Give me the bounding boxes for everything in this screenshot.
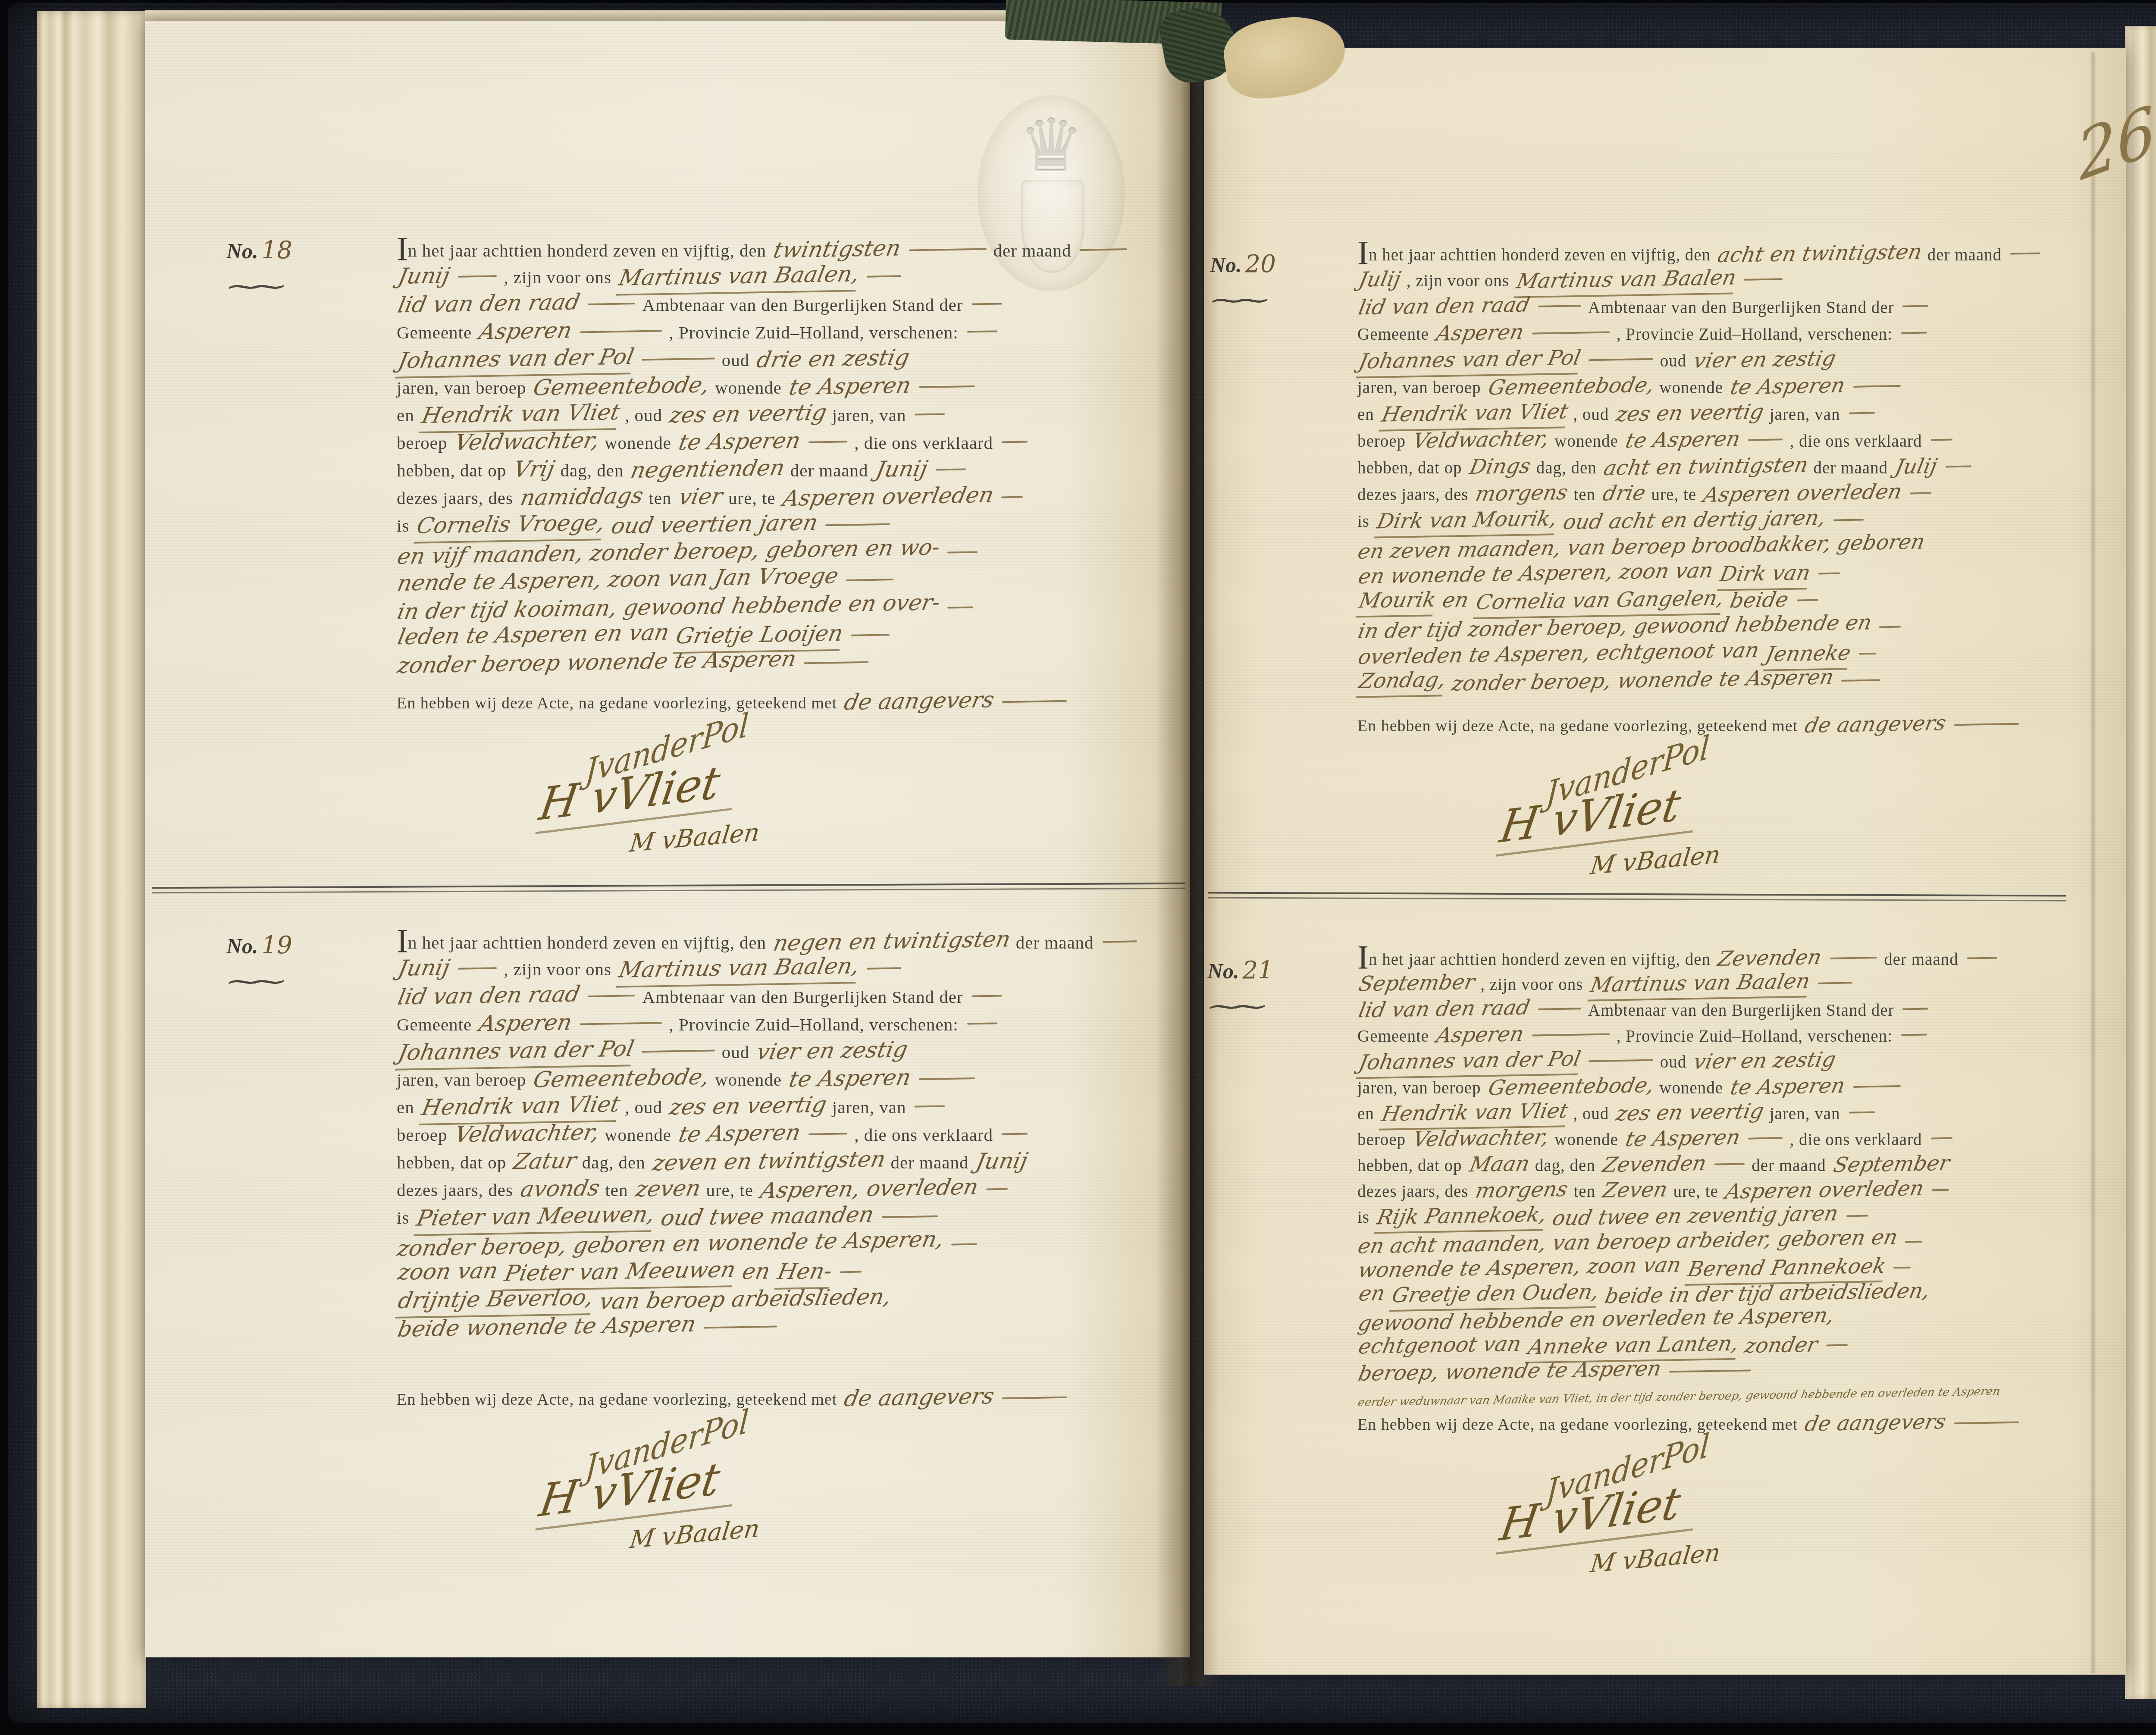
handwritten-text: en (1357, 1280, 1387, 1306)
ink-dash (1930, 1137, 1952, 1140)
printed-text: beroep (397, 433, 448, 453)
act-line: Junij, zijn voor onsMartinus van Baalen, (397, 263, 1216, 290)
handwritten-text: lid van den raad (395, 288, 582, 319)
ink-dash (1103, 940, 1137, 943)
handwritten-text: de aangevers (842, 686, 997, 717)
act-line: GemeenteAsperen, Provincie Zuid–Holland,… (1357, 319, 2090, 346)
printed-no-label: No. (226, 239, 258, 263)
handwritten-text: acht en twintigsten (1601, 451, 1811, 482)
signature-row: H vVliet (397, 1463, 1216, 1518)
handwritten-text: Gemeentebode, (1486, 1072, 1656, 1101)
printed-text: der maand (1927, 246, 2002, 264)
printed-text: ure, te (706, 1180, 753, 1200)
handwritten-text: te Asperen (787, 1064, 913, 1094)
printed-initial: I (397, 230, 408, 267)
act-line: In het jaar achttien honderd zeven en vi… (397, 927, 1216, 955)
act-line: In het jaar achttien honderd zeven en vi… (397, 235, 1216, 263)
printed-text: n het jaar achttien honderd zeven en vij… (1369, 950, 1711, 969)
printed-text: is (1357, 512, 1369, 531)
signature-row: H vVliet (397, 766, 1216, 821)
handwritten-text: Veldwachter, (452, 427, 602, 457)
handwritten-act-number: 18 (262, 236, 292, 264)
signatures-block: JvanderPolH vVlietM vBaalen (397, 1426, 1216, 1548)
act-line: drijntje Beverloo,van beroep arbeidslied… (397, 1286, 1216, 1313)
printed-text: Gemeente (1357, 325, 1429, 344)
handwritten-text: te Asperen (1623, 1124, 1742, 1152)
handwritten-text: te Asperen (676, 1119, 803, 1149)
handwritten-text: zonder beroep wonende te Asperen (395, 645, 799, 680)
printed-text: Ambtenaar van den Burgerlijken Stand der (642, 987, 963, 1007)
handwritten-text: en wonende te Asperen, zoon van (1356, 557, 1715, 590)
closing-line: En hebben wij deze Acte, na gedane voorl… (397, 688, 1216, 715)
printed-text: n het jaar achttien honderd zeven en vij… (408, 933, 766, 952)
act-line: enHendrik van Vliet, oudzes en veertigja… (397, 401, 1216, 428)
closing-line: En hebben wij deze Acte, na gedane voorl… (1357, 1410, 2090, 1436)
death-act-19: In het jaar achttien honderd zeven en vi… (397, 927, 1216, 1548)
printed-text: dag, den (582, 1152, 646, 1172)
ink-dash (867, 275, 901, 277)
act-line: isDirk van Mourik,oud acht en dertig jar… (1357, 507, 2090, 533)
handwritten-text: Asperen (477, 1009, 574, 1038)
printed-text: jaren, van beroep (1357, 379, 1481, 397)
ink-dash (1532, 1033, 1610, 1036)
ink-dash (1853, 385, 1901, 388)
ink-dash (580, 1022, 662, 1025)
act-line: Johannes van der Poloudvier en zestig (1357, 1048, 2090, 1074)
printed-text: wonende (605, 1125, 671, 1145)
signature-row: H vVliet (1357, 789, 2090, 844)
crown-icon: ♛ (978, 103, 1125, 189)
act-line: enHendrik van Vliet, oudzes en veertigja… (1357, 400, 2090, 426)
handwritten-underlined: Mourik (1356, 586, 1438, 617)
printed-text: ure, te (728, 488, 775, 508)
handwritten-text: Asperen (1434, 1021, 1526, 1048)
act-line: Julij, zijn voor onsMartinus van Baalen (1357, 266, 2090, 293)
ink-dash (458, 275, 497, 278)
handwritten-text: zes en veertig (1614, 398, 1767, 428)
printed-text: ten (649, 488, 671, 508)
act-line: dezes jaars, desnamiddagstenvierure, teA… (397, 483, 1216, 511)
printed-text: Gemeente (1357, 1027, 1429, 1046)
handwritten-text: Zevenden (1601, 1150, 1709, 1178)
printed-text: der maand (1814, 459, 1888, 477)
printed-text: en (1357, 1105, 1374, 1123)
handwritten-text: negentienden (629, 454, 787, 485)
act-line: beroepVeldwachter,wonendete Asperen, die… (397, 1120, 1216, 1148)
handwritten-text: September (1357, 969, 1477, 997)
signatures-block: JvanderPolH vVlietM vBaalen (1357, 1450, 2090, 1572)
printed-text: der maand (993, 241, 1072, 260)
printed-text: , oud (625, 405, 662, 425)
handwritten-text: drie en zestig (754, 344, 912, 374)
printed-text: , die ons verklaard (1789, 432, 1922, 451)
act-line: beroepVeldwachter,wonendete Asperen, die… (397, 428, 1216, 456)
ink-dash (936, 468, 966, 470)
ink-dash (1714, 1163, 1745, 1165)
ink-dash (1002, 441, 1028, 443)
signature-row: JvanderPol (397, 1426, 1216, 1463)
handwritten-text: Maan (1467, 1151, 1531, 1178)
handwritten-text: te Asperen (1623, 426, 1742, 454)
ink-dash (915, 1105, 945, 1107)
act-line: Johannes van der Polouddrie en zestig (397, 345, 1216, 373)
printed-text: jaren, van (832, 405, 906, 425)
handwritten-text: zonder (1742, 1332, 1820, 1359)
handwritten-underlined: Zondag, (1356, 666, 1448, 698)
printed-text: dezes jaars, des (397, 1180, 513, 1200)
ink-dash (808, 441, 847, 443)
printed-text: jaren, van (832, 1097, 906, 1117)
ink-dash (1858, 653, 1876, 655)
act-line: enHendrik van Vliet, oudzes en veertigja… (397, 1093, 1216, 1120)
handwritten-text: beide (1728, 586, 1791, 614)
handwritten-text: vier en zestig (1692, 1046, 1838, 1075)
printed-text: , oud (1573, 1105, 1609, 1123)
ink-dash (1910, 492, 1931, 495)
ink-dash (947, 551, 978, 553)
printed-text: is (397, 516, 409, 536)
act-line: hebben, dat opVrijdag, dennegentiendende… (397, 456, 1216, 483)
ink-dash (1901, 1033, 1927, 1036)
death-act-20: In het jaar achttien honderd zeven en vi… (1357, 239, 2090, 874)
register-book-scan: ♛ 26. In het jaar achttien honderd zeven… (0, 0, 2156, 1735)
handwritten-text: te Asperen (1728, 1073, 1847, 1101)
handwritten-text: Zatur (511, 1147, 579, 1176)
act-line: MourikenCornelia van Gangelen,beide (1357, 587, 2090, 614)
act-line: lid van den raadAmbtenaar van den Burger… (1357, 996, 2090, 1022)
handwritten-text: acht en twintigsten (1715, 238, 1924, 269)
handwritten-text: Veldwachter, (452, 1119, 602, 1149)
printed-text: , die ons verklaard (854, 433, 993, 453)
handwritten-text: Junij (974, 1147, 1030, 1176)
handwritten-act-number: 21 (1243, 956, 1273, 984)
printed-text: dezes jaars, des (1357, 485, 1468, 504)
handwritten-text: Gemeentebode, (1486, 372, 1656, 401)
printed-text: dag, den (561, 460, 624, 480)
printed-text: jaren, van beroep (1357, 1079, 1481, 1097)
act-line: echtgenoot vanAnneke van Lanten,zonder (1357, 1332, 2090, 1358)
ink-dash (919, 385, 975, 388)
ink-dash (851, 634, 890, 636)
act-line: lid van den raadAmbtenaar van den Burger… (397, 290, 1216, 318)
printed-text: Gemeente (397, 323, 472, 342)
printed-text: ure, te (1651, 485, 1696, 504)
signature-row: JvanderPol (1357, 1450, 2090, 1487)
act-line: beroepVeldwachter,wonendete Asperen, die… (1357, 426, 2090, 453)
printed-text: ten (1574, 1182, 1596, 1201)
signature-row: M vBaalen (397, 1518, 1216, 1548)
handwritten-text: lid van den raad (1356, 995, 1532, 1024)
printed-text: en (1357, 405, 1374, 424)
act-line: enHendrik van Vliet, oudzes en veertigja… (1357, 1099, 2090, 1125)
act-line: en acht maanden, van beroep arbeider, ge… (1357, 1229, 2090, 1255)
handwritten-text: van beroep arbeidslieden, (597, 1283, 893, 1316)
printed-text: dag, den (1535, 1156, 1595, 1175)
handwritten-text: zeven en twintigsten (650, 1146, 888, 1177)
signature: M vBaalen (1589, 840, 1722, 880)
printed-text: wonende (715, 378, 782, 398)
handwritten-text: Zevenden (1716, 944, 1824, 972)
printed-text: der maand (1016, 933, 1094, 952)
signatures-block: JvanderPolH vVlietM vBaalen (1357, 752, 2090, 874)
handwritten-underlined: Dirk van (1717, 559, 1813, 591)
ink-dash (1930, 439, 1952, 441)
handwritten-text: Asperen overleden (1701, 478, 1904, 508)
ink-dash (909, 248, 987, 251)
handwritten-text: en (740, 1258, 773, 1286)
printed-text: hebben, dat op (1357, 1156, 1462, 1175)
handwritten-text: Vrij (511, 455, 557, 484)
printed-text: jaren, van (1770, 405, 1840, 424)
ink-dash (2010, 252, 2040, 254)
printed-text: , zijn voor ons (1407, 272, 1509, 290)
act-line: Johannes van der Poloudvier en zestig (397, 1037, 1216, 1065)
handwritten-text: namiddags (518, 482, 646, 512)
ink-dash (1589, 1059, 1653, 1062)
ink-dash (1849, 1111, 1874, 1113)
ink-dash (580, 330, 662, 333)
ink-dash (1818, 982, 1852, 984)
handwritten-act-number: 20 (1245, 250, 1276, 278)
handwritten-text: September (1831, 1150, 1952, 1178)
ink-dash (1826, 1344, 1848, 1347)
printed-text: hebben, dat op (1357, 459, 1462, 477)
printed-text: , oud (1573, 405, 1609, 424)
handwritten-underlined: Cornelis Vroege, (414, 509, 608, 544)
handwritten-underlined: Martinus van Baalen (1514, 264, 1739, 298)
handwritten-text: Zeven (1601, 1177, 1670, 1204)
act-line: isRijk Pannekoek,oud twee en zeventig ja… (1357, 1203, 2090, 1229)
handwritten-underlined: Martinus van Baalen, (616, 260, 862, 296)
ink-dash (1080, 248, 1127, 251)
act-line: en zeven maanden, van beroep broodbakker… (1357, 533, 2090, 560)
ink-dash (1901, 332, 1927, 334)
handwritten-text: negen en twintigsten (771, 926, 1013, 958)
act-line: nende te Asperen, zoon van Jan Vroege (397, 566, 1216, 594)
printed-text: hebben, dat op (397, 1152, 506, 1172)
ink-dash (971, 303, 1002, 305)
handwritten-text: Julij (1357, 266, 1403, 293)
ink-dash (1905, 1241, 1922, 1243)
printed-initial: I (1357, 234, 1369, 271)
act-line: en wonende te Asperen, zoon vanDirk van (1357, 560, 2090, 587)
printed-text: n het jaar achttien honderd zeven en vij… (408, 241, 766, 260)
handwritten-text: avonds (518, 1174, 602, 1203)
handwritten-text: zes en veertig (667, 399, 829, 429)
death-act-21: In het jaar achttien honderd zeven en vi… (1357, 944, 2090, 1572)
ink-dash (919, 1077, 975, 1080)
ink-dash (825, 523, 890, 526)
handwritten-text: vier (677, 483, 725, 511)
printed-text: hebben, dat op (397, 460, 506, 480)
handwritten-text: te Asperen (676, 427, 803, 457)
handwritten-text: Asperen overleden (780, 482, 996, 513)
printed-text: beroep (1357, 432, 1406, 451)
handwritten-text: de aangevers (1803, 1409, 1949, 1437)
ink-dash (1967, 957, 1997, 959)
handwritten-act-number: 19 (262, 931, 292, 959)
signature: M vBaalen (628, 818, 761, 858)
act-number-label: No.18~~ (226, 236, 292, 299)
printed-text: der maand (790, 460, 868, 480)
signature: M vBaalen (628, 1514, 761, 1554)
ink-dash (1830, 957, 1877, 959)
printed-text: wonende (1554, 1131, 1618, 1149)
act-number-label: No.19~~ (226, 931, 292, 994)
printed-text: is (1357, 1208, 1369, 1227)
printed-text: dezes jaars, des (397, 488, 513, 508)
act-line: Johannes van der Poloudvier en zestig (1357, 346, 2090, 373)
act-line: zonder beroep, geboren en wonende te Asp… (397, 1231, 1216, 1258)
handwritten-text: leden te Asperen en van (395, 619, 672, 651)
act-line: lid van den raadAmbtenaar van den Burger… (1357, 293, 2090, 319)
ink-dash (1001, 496, 1023, 498)
handwritten-text: Asperen (1434, 319, 1526, 347)
printed-text: is (397, 1208, 409, 1228)
handwritten-text: zes en veertig (667, 1091, 829, 1121)
handwritten-text: Junij (873, 455, 930, 484)
printed-text: der maand (1752, 1156, 1826, 1175)
act-line: GemeenteAsperen, Provincie Zuid–Holland,… (397, 1010, 1216, 1037)
printed-text: wonende (1659, 1079, 1723, 1097)
signature-row: JvanderPol (1357, 752, 2090, 789)
ink-dash (971, 995, 1002, 997)
signature-row: M vBaalen (1357, 1542, 2090, 1572)
handwritten-text: Asperen (477, 317, 574, 346)
ink-dash (1669, 1369, 1751, 1372)
act-line: en vijf maanden, zonder beroep, geboren … (397, 539, 1216, 566)
book-gutter (1155, 13, 1219, 1686)
ink-dash (1954, 1422, 2019, 1425)
ink-dash (882, 1215, 938, 1218)
handwritten-text: vier en zestig (1692, 345, 1839, 374)
printed-no-label: No. (226, 934, 258, 958)
act-number-label: No.20~~ (1210, 250, 1276, 313)
ink-dash (588, 303, 635, 305)
ink-dash (1932, 1189, 1949, 1191)
act-line: September, zijn voor onsMartinus van Baa… (1357, 970, 2090, 996)
ink-dash (1748, 1137, 1783, 1139)
ink-dash (1902, 1008, 1928, 1010)
ink-dash (1846, 1215, 1868, 1217)
printed-initial: I (397, 922, 408, 959)
act-line: beroepVeldwachter,wonendete Asperen, die… (1357, 1125, 2090, 1151)
ink-dash (1589, 358, 1653, 361)
printed-text: Gemeente (397, 1015, 472, 1034)
ink-dash (1853, 1085, 1901, 1088)
act-line: jaren, van beroepGemeentebode,wonendete … (1357, 373, 2090, 400)
handwritten-underlined: Rijk Pannekoek, (1374, 1202, 1549, 1234)
ink-dash (1002, 1397, 1067, 1400)
printed-text: wonende (605, 433, 671, 453)
act-line: dezes jaars, desmorgenstenZevenure, teAs… (1357, 1177, 2090, 1203)
ink-dash (1893, 1267, 1911, 1269)
ink-dash (1538, 1008, 1581, 1010)
act-line: wonende te Asperen, zoon vanBerend Panne… (1357, 1255, 2090, 1281)
handwritten-text: beide wonende te Asperen (395, 1311, 699, 1344)
printed-text: beroep (1357, 1131, 1406, 1149)
ink-dash (1849, 412, 1874, 414)
ink-dash (1946, 465, 1971, 467)
handwritten-underlined: Dirk van Mourik, (1374, 505, 1559, 538)
act-line: GemeenteAsperen, Provincie Zuid–Holland,… (1357, 1022, 2090, 1048)
ink-dash (915, 413, 945, 415)
handwritten-text: twintigsten (771, 235, 903, 264)
printed-text: oud (722, 1042, 750, 1062)
closing-line: En hebben wij deze Acte, na gedane voorl… (1357, 711, 2090, 738)
ink-dash (867, 967, 901, 969)
printed-text: dag, den (1536, 459, 1597, 477)
printed-text: En hebben wij deze Acte, na gedane voorl… (397, 694, 837, 712)
handwritten-text: zes en veertig (1614, 1098, 1766, 1127)
signature-row: H vVliet (1357, 1487, 2090, 1542)
handwritten-text: oud veertien jaren (609, 509, 820, 540)
handwritten-text: zoon van (395, 1257, 500, 1287)
printed-text: ten (605, 1180, 628, 1200)
printed-text: , Provincie Zuid–Holland, verschenen: (1617, 325, 1893, 344)
ink-dash (642, 1050, 715, 1053)
closing-line: En hebben wij deze Acte, na gedane voorl… (397, 1384, 1216, 1412)
act-line: lid van den raadAmbtenaar van den Burger… (397, 982, 1216, 1010)
handwritten-text: te Asperen (787, 372, 913, 402)
ink-dash (967, 330, 997, 332)
ink-dash (1879, 626, 1901, 628)
ink-dash (642, 358, 715, 361)
printed-text: , Provincie Zuid–Holland, verschenen: (669, 323, 958, 342)
ink-dash (704, 1326, 777, 1329)
act-line: in der tijd kooiman, gewoond hebbende en… (397, 594, 1216, 621)
printed-text: wonende (1554, 432, 1618, 451)
handwritten-underlined: Martinus van Baalen, (616, 952, 862, 988)
act-line: In het jaar achttien honderd zeven en vi… (1357, 944, 2090, 970)
ink-dash (1902, 305, 1928, 307)
handwritten-text: Junij (396, 262, 452, 291)
handwritten-text: morgens (1473, 479, 1570, 507)
handwritten-text: lid van den raad (395, 980, 582, 1011)
ink-flourish: ~~ (224, 974, 292, 988)
handwritten-text: Julij (1893, 453, 1940, 480)
act-line: dezes jaars, desmorgenstendrieure, teAsp… (1357, 480, 2090, 507)
handwritten-text: vier en zestig (754, 1036, 910, 1066)
right-page-stack-edges (2125, 26, 2156, 1699)
ink-dash (1797, 599, 1818, 601)
act-line: jaren, van beroepGemeentebode,wonendete … (397, 373, 1216, 401)
printed-text: oud (1660, 1053, 1687, 1071)
act-line: Junij, zijn voor onsMartinus van Baalen, (397, 955, 1216, 982)
act-line: dezes jaars, desavondstenzevenure, teAsp… (397, 1175, 1216, 1203)
signature-row: M vBaalen (397, 821, 1216, 852)
printed-text: , Provincie Zuid–Holland, verschenen: (669, 1015, 958, 1034)
printed-text: jaren, van beroep (397, 378, 526, 398)
printed-text: jaren, van (1770, 1105, 1840, 1123)
act-line: eerder weduwnaar van Maaike van Vliet, i… (1357, 1384, 2090, 1410)
signature-row: M vBaalen (1357, 844, 2090, 874)
handwritten-text: Veldwachter, (1411, 425, 1551, 454)
printed-text: oud (1660, 352, 1687, 370)
ink-dash (1002, 1133, 1028, 1135)
act-line: leden te Asperen en vanGrietje Looijen (397, 621, 1216, 649)
act-line: isCornelis Vroege,oud veertien jaren (397, 511, 1216, 539)
ink-dash (846, 579, 893, 581)
handwritten-text: de aangevers (1803, 710, 1949, 739)
ink-dash (458, 967, 497, 970)
handwritten-text: morgens (1473, 1176, 1570, 1204)
ink-dash (1748, 438, 1783, 441)
act-line: hebben, dat opDingsdag, denacht en twint… (1357, 453, 2090, 480)
handwritten-text: zeven (633, 1175, 703, 1204)
ink-dash (1841, 679, 1880, 682)
printed-text: En hebben wij deze Acte, na gedane voorl… (1357, 717, 1798, 735)
